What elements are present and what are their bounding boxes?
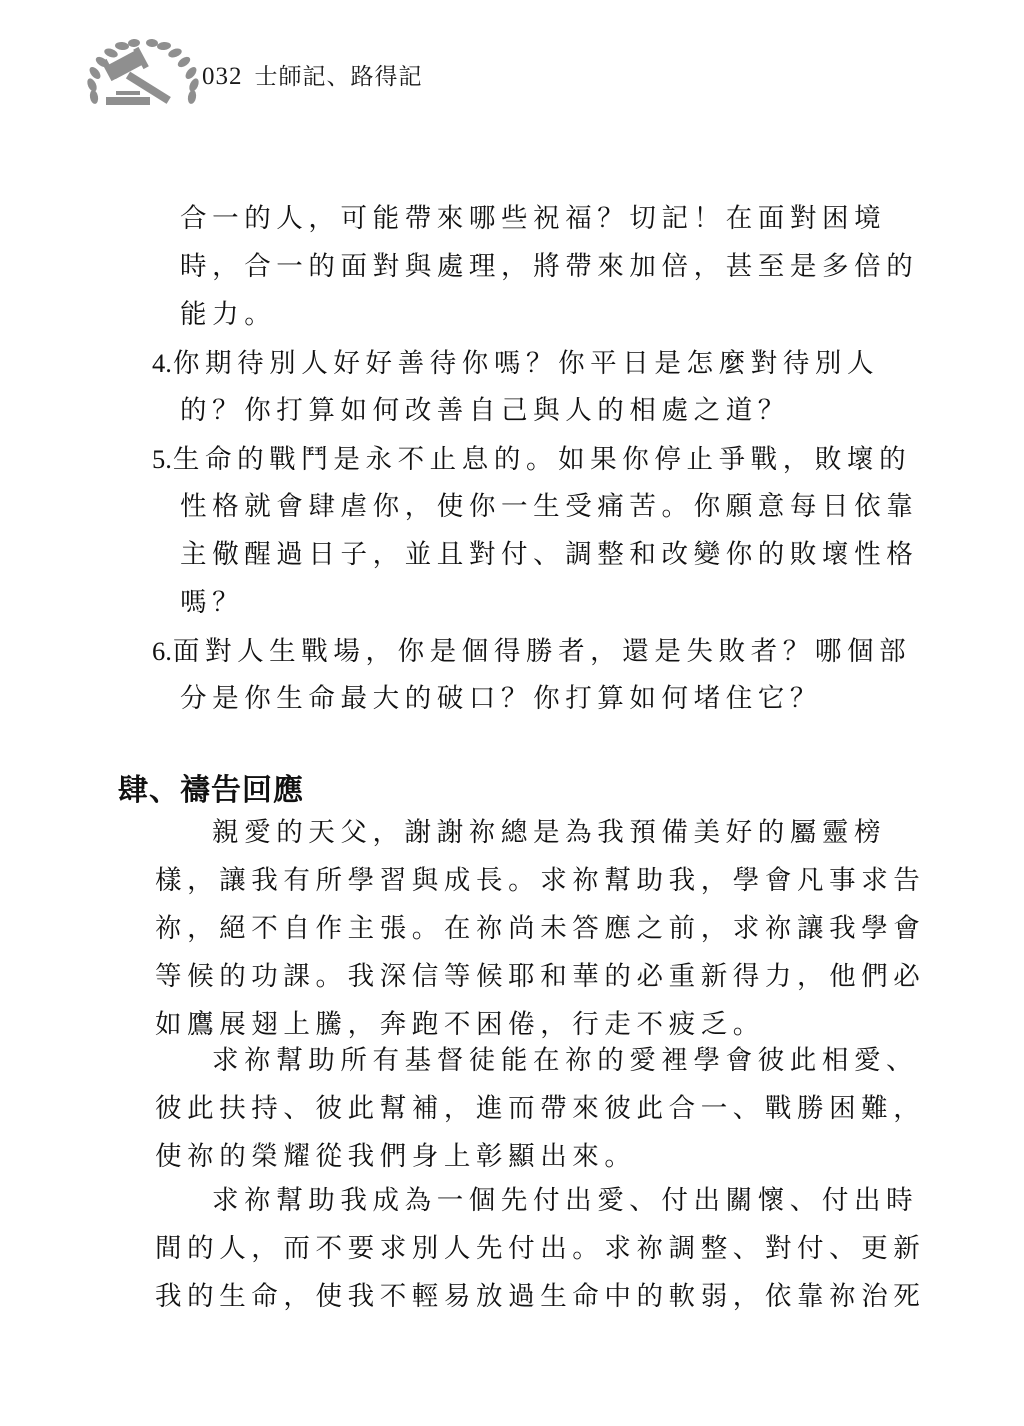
- question-text: 你期待別人好好善待你嗎？你平日是怎麼對待別人: [173, 348, 879, 379]
- question-text: 面對人生戰場，你是個得勝者，還是失敗者？哪個部: [173, 636, 911, 667]
- question-item-4: 4.你期待別人好好善待你嗎？你平日是怎麼對待別人: [152, 346, 879, 381]
- prayer-paragraph-line: 使祢的榮耀從我們身上彰顯出來。: [155, 1140, 637, 1174]
- prayer-paragraph-line: 樣，讓我有所學習與成長。求祢幫助我，學會凡事求告: [155, 864, 925, 898]
- gavel-laurel-icon: [84, 35, 202, 107]
- prayer-paragraph-line: 祢，絕不自作主張。在祢尚未答應之前，求祢讓我學會: [155, 912, 925, 946]
- prayer-paragraph-line: 間的人，而不要求別人先付出。求祢調整、對付、更新: [155, 1232, 925, 1266]
- prayer-paragraph-line: 我的生命，使我不輕易放過生命中的軟弱，依靠祢治死: [155, 1280, 925, 1314]
- question-text-line: 主儆醒過日子，並且對付、調整和改變你的敗壞性格: [180, 538, 918, 572]
- question-item-6: 6.面對人生戰場，你是個得勝者，還是失敗者？哪個部: [152, 634, 911, 669]
- question-text-line: 性格就會肆虐你，使你一生受痛苦。你願意每日依靠: [180, 490, 918, 524]
- prayer-paragraph-line: 如鷹展翅上騰，奔跑不困倦，行走不疲乏。: [155, 1008, 765, 1042]
- body-text-line: 時，合一的面對與處理，將帶來加倍，甚至是多倍的: [180, 250, 918, 284]
- prayer-paragraph-line: 親愛的天父，謝謝祢總是為我預備美好的屬靈榜: [212, 816, 886, 850]
- prayer-paragraph-line: 等候的功課。我深信等候耶和華的必重新得力，他們必: [155, 960, 925, 994]
- question-number: 5.: [152, 444, 172, 474]
- question-number: 6.: [152, 636, 172, 666]
- body-text-line: 合一的人，可能帶來哪些祝福？切記！在面對困境: [180, 202, 886, 236]
- question-text: 生命的戰鬥是永不止息的。如果你停止爭戰，敗壞的: [173, 444, 911, 475]
- body-text-line: 能力。: [180, 298, 276, 332]
- book-title: 士師記、路得記: [255, 64, 423, 90]
- section-heading: 肆、禱告回應: [118, 765, 304, 809]
- question-number: 4.: [152, 348, 172, 378]
- question-text-line: 嗎？: [180, 586, 244, 620]
- page-header: 032士師記、路得記: [84, 36, 202, 106]
- prayer-paragraph-line: 彼此扶持、彼此幫補，進而帶來彼此合一、戰勝困難，: [155, 1092, 925, 1126]
- question-text-line: 的？你打算如何改善自己與人的相處之道？: [180, 394, 790, 428]
- page-number: 032: [202, 63, 243, 90]
- running-header: 032士師記、路得記: [202, 58, 423, 91]
- prayer-paragraph-line: 求祢幫助我成為一個先付出愛、付出關懷、付出時: [212, 1184, 918, 1218]
- question-item-5: 5.生命的戰鬥是永不止息的。如果你停止爭戰，敗壞的: [152, 442, 911, 477]
- prayer-paragraph-line: 求祢幫助所有基督徒能在祢的愛裡學會彼此相愛、: [212, 1044, 918, 1078]
- question-text-line: 分是你生命最大的破口？你打算如何堵住它？: [180, 682, 822, 716]
